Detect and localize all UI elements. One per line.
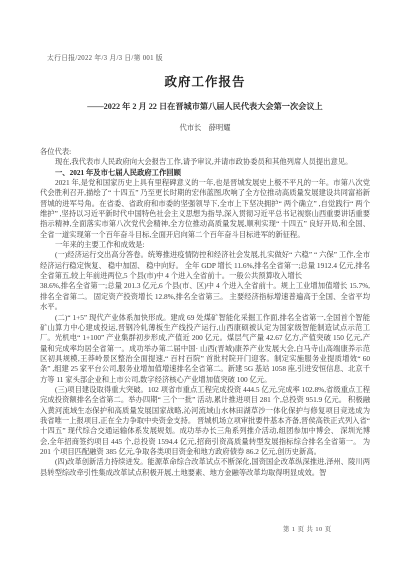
document-body: 各位代表: 现在,我代表市人民政府向大会报告工作,请予审议,并请市政协委员和其他… (40, 147, 370, 478)
section-heading-1: 一、2021 年及市七届人民政府工作回顾 (40, 168, 370, 178)
paragraph-item-3-projects: (三)项目建设取得重大突破。102 项省市重点工程完成投资 444.5 亿元,完… (40, 385, 370, 457)
paragraph-2021-review: 2021 年,是党和国家历史上具有里程碑意义的一年,也是晋城发展史上极不平凡的一… (40, 178, 370, 240)
paragraph-item-2-industry: (二)“ 1+5” 现代产业体系加快形成。建成 69 处煤矿智能化采掘工作面,排… (40, 313, 370, 385)
paragraph-item-4-reform: (四)改革创新活力持续迸发。能源革命综合改革试点不断深化,国资国企改革纵深推进,… (40, 457, 370, 478)
paragraph-item-1-economy: (一)经济运行交出高分答卷。统筹推进疫情防控和经济社会发展,扎实做好“ 六稳” … (40, 250, 370, 281)
document-page: 太行日报/2022 年/3 月/3 日/第 001 版 政府工作报告 ——202… (0, 0, 410, 580)
byline: 代市长 薛明耀 (40, 123, 370, 133)
page-number: 第 1 页 共 10 页 (283, 524, 332, 533)
salutation: 各位代表: (40, 147, 370, 157)
masthead: 太行日报/2022 年/3 月/3 日/第 001 版 (40, 52, 370, 62)
paragraph-item-1-continued: 38.6%,排名全省第一;总量 201.3 亿元,6 个县(市、区)中 4 个进… (40, 281, 370, 312)
paragraph-achievements-lead: 一年来的主要工作和成效是: (40, 240, 370, 250)
paragraph-intro: 现在,我代表市人民政府向大会报告工作,请予审议,并请市政协委员和其他列席人员提出… (40, 157, 370, 167)
doc-title: 政府工作报告 (40, 72, 370, 90)
doc-subtitle: ——2022 年 2 月 22 日在晋城市第八届人民代表大会第一次会议上 (40, 101, 370, 112)
